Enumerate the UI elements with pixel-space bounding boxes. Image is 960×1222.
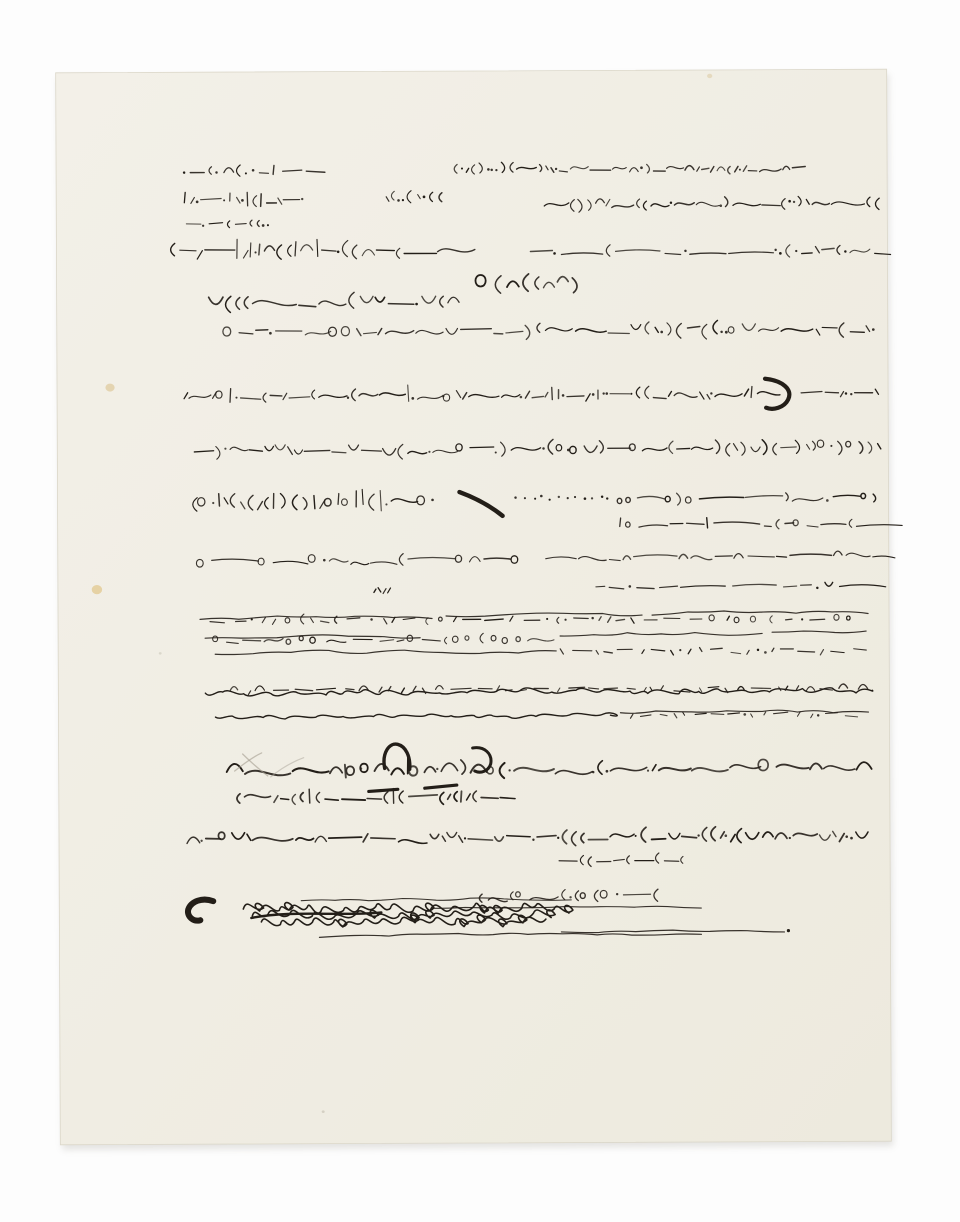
bold-dash-mark-1 xyxy=(369,789,398,791)
paper-stain xyxy=(322,1110,325,1113)
paper-stain xyxy=(92,585,102,594)
paper-surface xyxy=(56,69,892,1145)
paper-stain xyxy=(105,384,114,392)
manuscript-photograph xyxy=(0,0,960,1222)
paper-stain xyxy=(707,74,712,78)
photograph-canvas xyxy=(0,0,960,1222)
paper-stain xyxy=(159,652,162,654)
paper-sheet xyxy=(56,69,905,1150)
